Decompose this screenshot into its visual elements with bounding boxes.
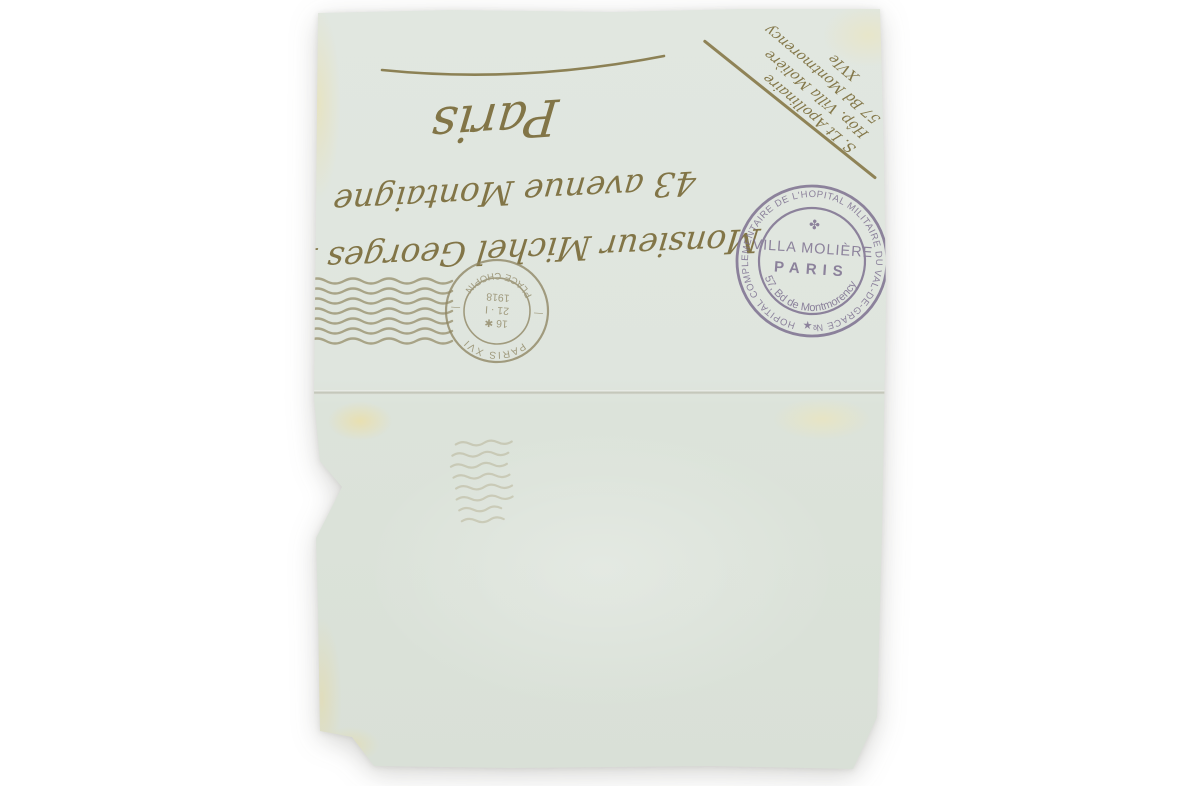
- hospital-city: PARIS: [774, 258, 850, 280]
- card-letter-sheet: Monsieur Michel Georges Michel 43 avenue…: [312, 9, 888, 775]
- paper-surface: Monsieur Michel Georges Michel 43 avenue…: [312, 9, 888, 775]
- address-city-line: Paris: [428, 87, 561, 154]
- postmark-separator-right: —: [451, 303, 461, 314]
- postmark-day-month: 21 · I: [485, 303, 510, 317]
- postmark-year: 1918: [486, 290, 510, 304]
- photo-of-postal-card: Monsieur Michel Georges Michel 43 avenue…: [0, 0, 1180, 786]
- sender-note: S. Lt Apollinaire Hôp. Villa Molière 57 …: [737, 6, 897, 157]
- postmark-date-stamp: PARIS XVI PLACE CHOPIN — — 16 ✱ 21 · I 1…: [438, 252, 555, 369]
- fold-crease: [312, 390, 888, 395]
- hospital-ornament-icon: ✤: [809, 217, 821, 233]
- ghost-cancellation-mark: [447, 435, 522, 537]
- cancellation-wavy-lines: [308, 275, 460, 357]
- postmark-hour: 16 ✱: [484, 316, 508, 330]
- postmark-separator-left: —: [534, 309, 544, 320]
- hospital-star: ★: [802, 320, 813, 333]
- address-street-line: 43 avenue Montaigne: [331, 163, 698, 221]
- hospital-rubber-stamp: HOPITAL COMPLEMENTAIRE DE L'HOPITAL MILI…: [724, 173, 899, 348]
- pen-flourish-underline: [374, 46, 670, 90]
- hospital-name: VILLA MOLIÈRE: [752, 236, 874, 261]
